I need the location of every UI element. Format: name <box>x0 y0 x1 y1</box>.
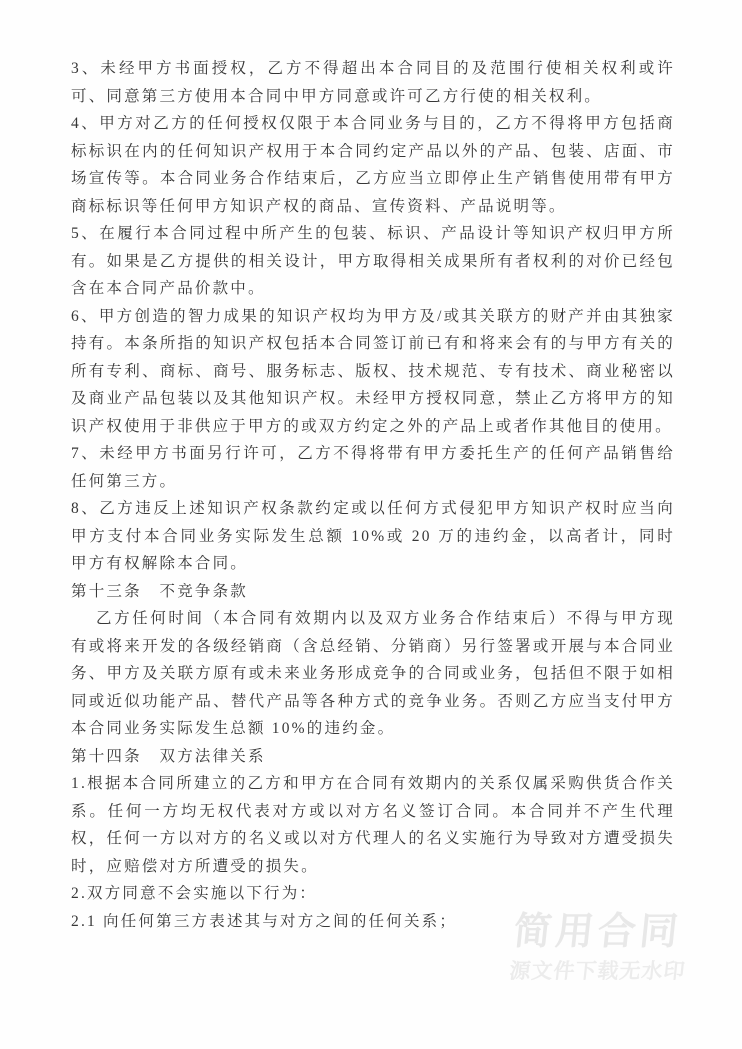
clause-3-paragraph: 3、未经甲方书面授权，乙方不得超出本合同目的及范围行使相关权利或许可、同意第三方… <box>71 55 675 110</box>
section-14-item-2: 2.双方同意不会实施以下行为： <box>71 880 675 908</box>
contract-document-page: 3、未经甲方书面授权，乙方不得超出本合同目的及范围行使相关权利或许可、同意第三方… <box>0 0 742 1049</box>
clause-7-paragraph: 7、未经甲方书面另行许可，乙方不得将带有甲方委托生产的任何产品销售给任何第三方。 <box>71 440 675 495</box>
section-13-heading: 第十三条 不竞争条款 <box>71 578 675 606</box>
watermark-subtitle: 源文件下载无水印 <box>508 959 687 985</box>
section-14-item-1: 1.根据本合同所建立的乙方和甲方在合同有效期内的关系仅属采购供货合作关系。任何一… <box>71 770 675 880</box>
clause-6-paragraph: 6、甲方创造的智力成果的知识产权均为甲方及/或其关联方的财产并由其独家持有。本条… <box>71 303 675 441</box>
clause-8-paragraph: 8、乙方违反上述知识产权条款约定或以任何方式侵犯甲方知识产权时应当向甲方支付本合… <box>71 495 675 578</box>
contract-body: 3、未经甲方书面授权，乙方不得超出本合同目的及范围行使相关权利或许可、同意第三方… <box>71 55 675 935</box>
section-14-item-3: 2.1 向任何第三方表述其与对方之间的任何关系； <box>71 908 675 936</box>
clause-5-paragraph: 5、在履行本合同过程中所产生的包装、标识、产品设计等知识产权归甲方所有。如果是乙… <box>71 220 675 303</box>
section-13-paragraph: 乙方任何时间（本合同有效期内以及双方业务合作结束后）不得与甲方现有或将来开发的各… <box>71 605 675 743</box>
section-14-heading: 第十四条 双方法律关系 <box>71 743 675 771</box>
clause-4-paragraph: 4、甲方对乙方的任何授权仅限于本合同业务与目的，乙方不得将甲方包括商标标识在内的… <box>71 110 675 220</box>
